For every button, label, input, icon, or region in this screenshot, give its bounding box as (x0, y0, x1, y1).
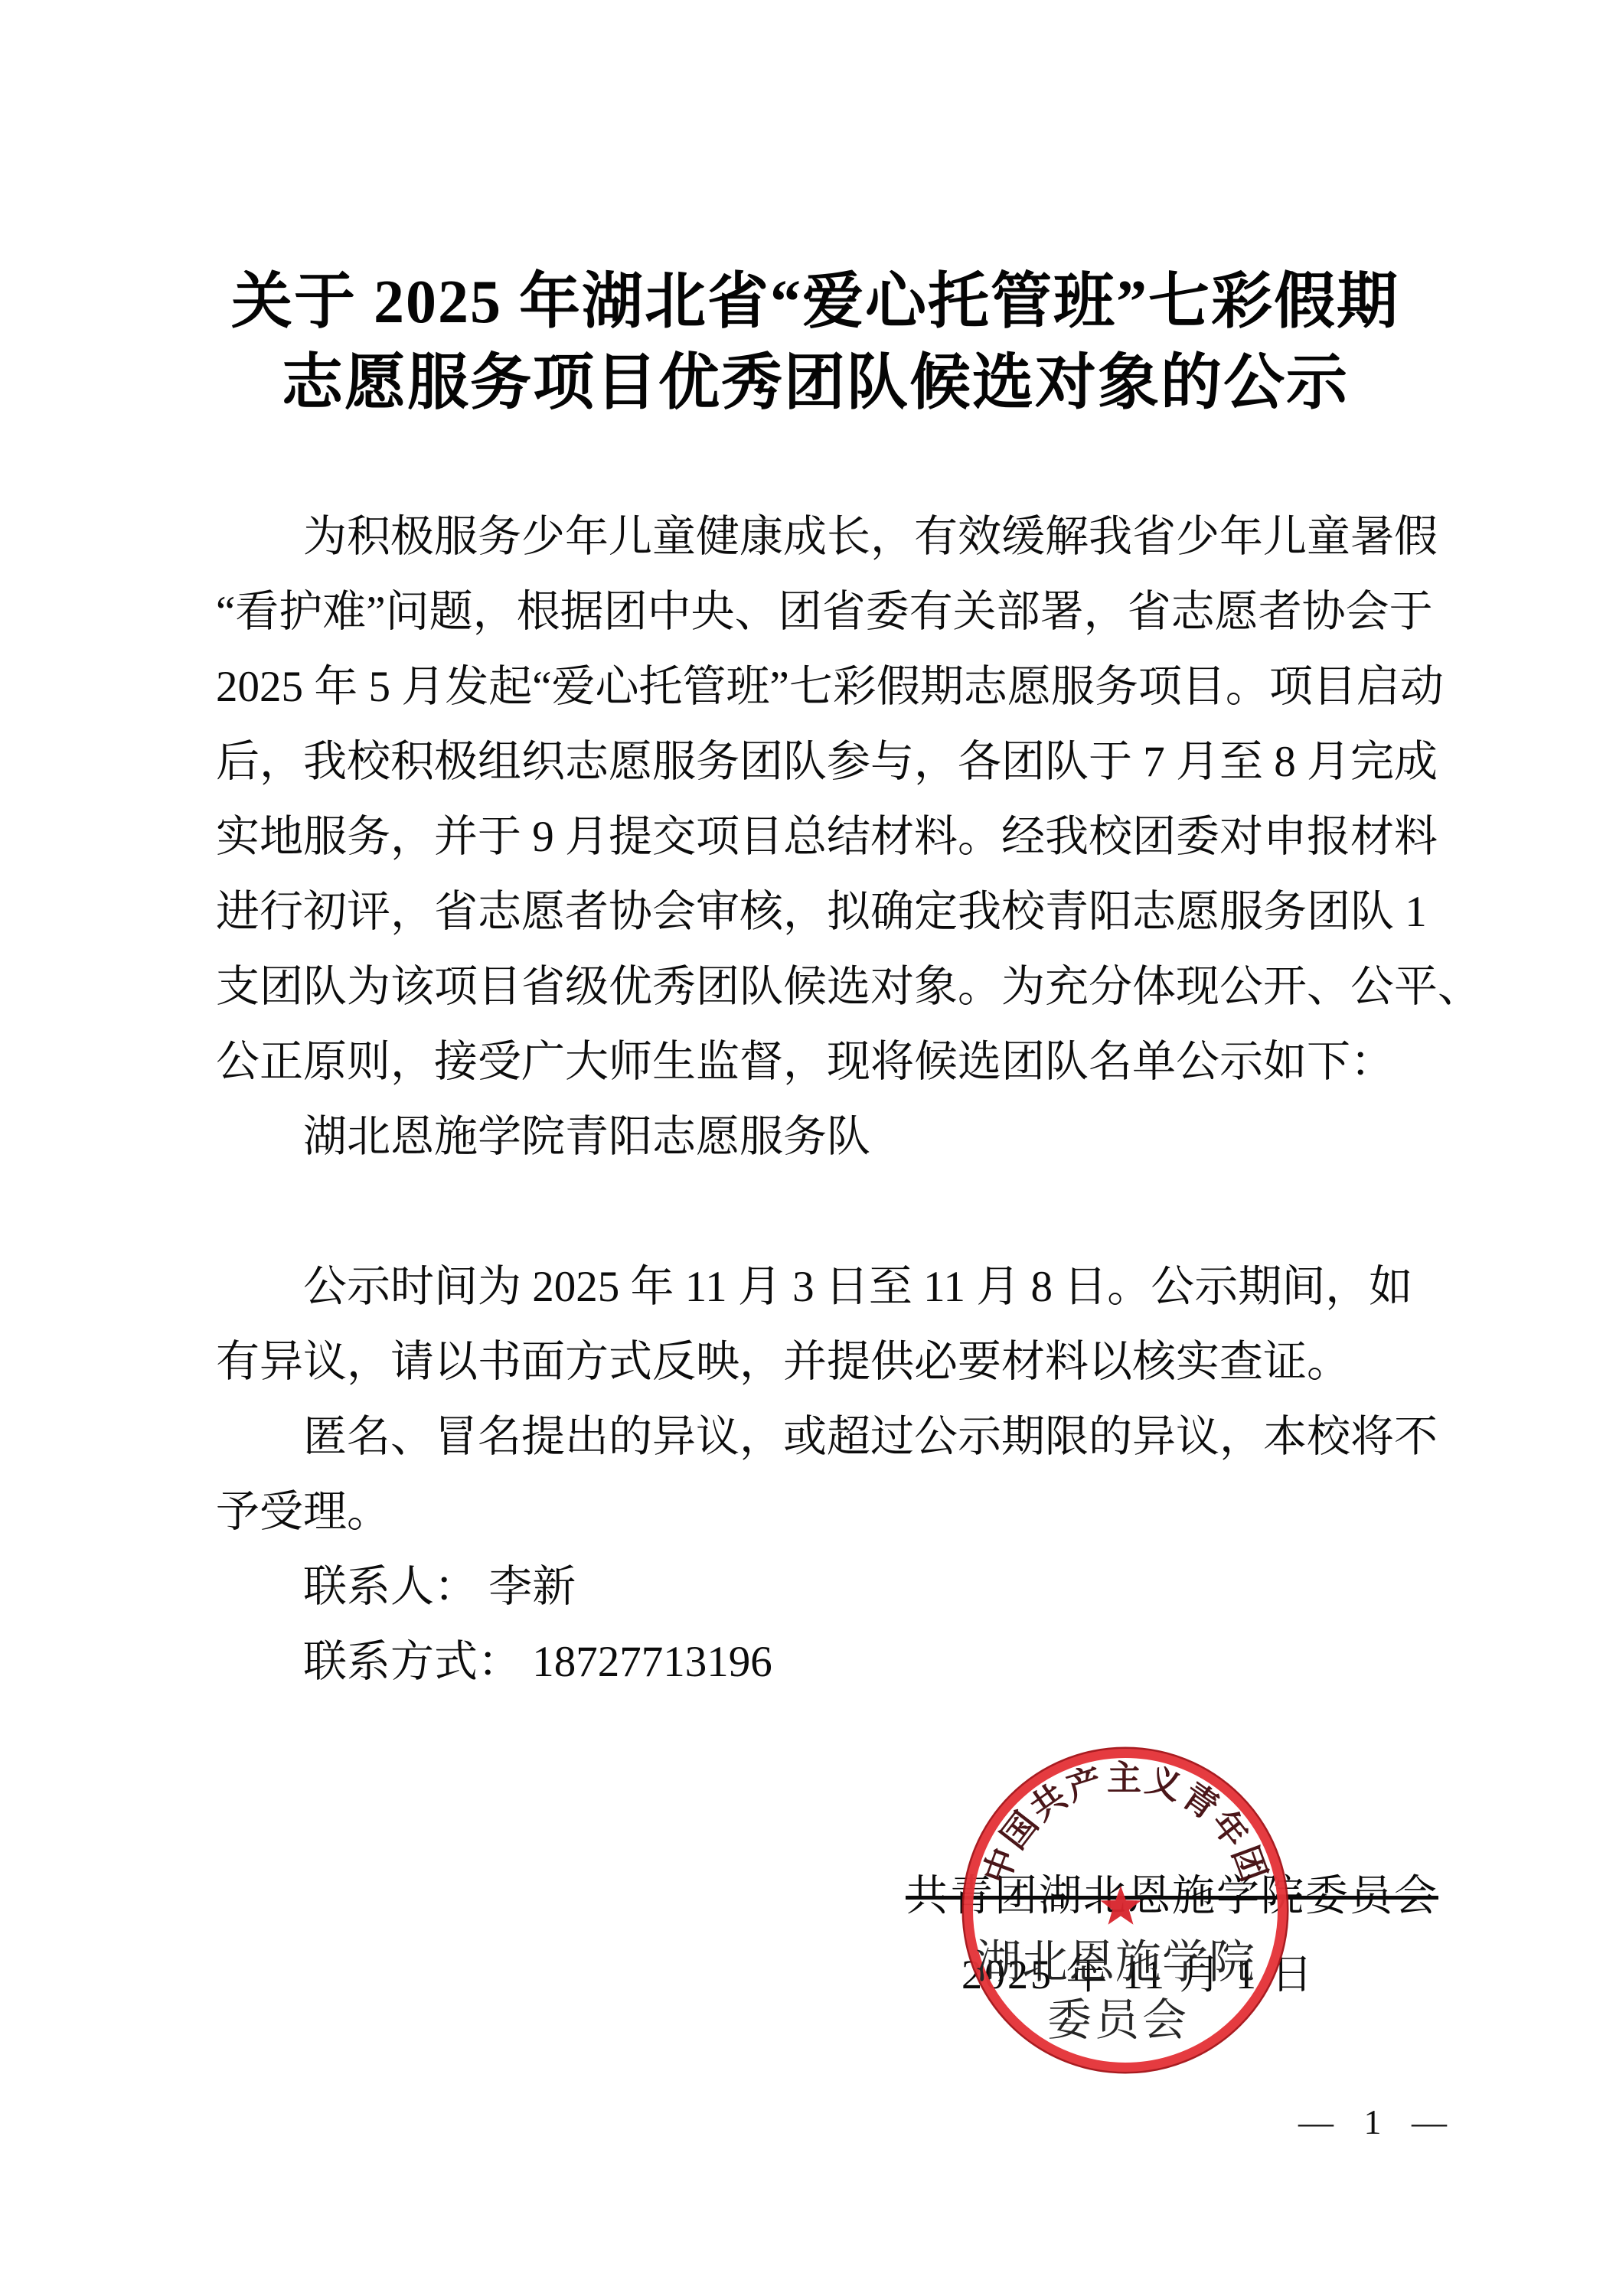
body-line: 公示时间为 2025 年 11 月 3 日至 11 月 8 日。公示期间，如 (216, 1250, 1453, 1325)
seal-arc-text: 中国共产主义青年团 (977, 1760, 1274, 1889)
body-line: 公正原则，接受广大师生监督，现将候选团队名单公示如下： (216, 1025, 1453, 1100)
document-title-line2: 志愿服务项目优秀团队候选对象的公示 (230, 343, 1401, 424)
seal-inner-line2: 委员会 (1047, 1995, 1190, 2045)
blank-line (216, 1175, 1453, 1250)
document-body: 为积极服务少年儿童健康成长，有效缓解我省少年儿童暑假 “看护难”问题，根据团中央… (216, 500, 1453, 1700)
document-title: 关于 2025 年湖北省“爱心托管班”七彩假期 志愿服务项目优秀团队候选对象的公… (230, 262, 1401, 424)
body-line: 有异议，请以书面方式反映，并提供必要材料以核实查证。 (216, 1325, 1453, 1400)
signature-date: 2025 年 11 月 1 日 (961, 1952, 1315, 1998)
contact-person-line: 联系人： 李新 (216, 1550, 1453, 1625)
signature-organization: 共青团湖北恩施学院委员会 (906, 1874, 1438, 1919)
body-line: 为积极服务少年儿童健康成长，有效缓解我省少年儿童暑假 (216, 500, 1453, 575)
candidate-team-line: 湖北恩施学院青阳志愿服务队 (216, 1100, 1453, 1175)
body-line: 后，我校积极组织志愿服务团队参与，各团队于 7 月至 8 月完成 (216, 725, 1453, 800)
page-number: — 1 — (1271, 2102, 1485, 2142)
body-line: “看护难”问题，根据团中央、团省委有关部署，省志愿者协会于 (216, 575, 1453, 650)
body-line: 匿名、冒名提出的异议，或超过公示期限的异议，本校将不 (216, 1400, 1453, 1475)
body-line: 实地服务，并于 9 月提交项目总结材料。经我校团委对申报材料 (216, 800, 1453, 875)
body-line: 支团队为该项目省级优秀团队候选对象。为充分体现公开、公平、 (216, 950, 1453, 1025)
body-line: 进行初评，省志愿者协会审核，拟确定我校青阳志愿服务团队 1 (216, 875, 1453, 950)
document-title-line1: 关于 2025 年湖北省“爱心托管班”七彩假期 (230, 262, 1401, 343)
document-page: 关于 2025 年湖北省“爱心托管班”七彩假期 志愿服务项目优秀团队候选对象的公… (0, 0, 1616, 2296)
body-line: 予受理。 (216, 1475, 1453, 1550)
body-line: 2025 年 5 月发起“爱心托管班”七彩假期志愿服务项目。项目启动 (216, 650, 1453, 725)
seal-arc-text-holder: 中国共产主义青年团 (977, 1760, 1274, 1889)
contact-phone-line: 联系方式： 18727713196 (216, 1625, 1453, 1700)
